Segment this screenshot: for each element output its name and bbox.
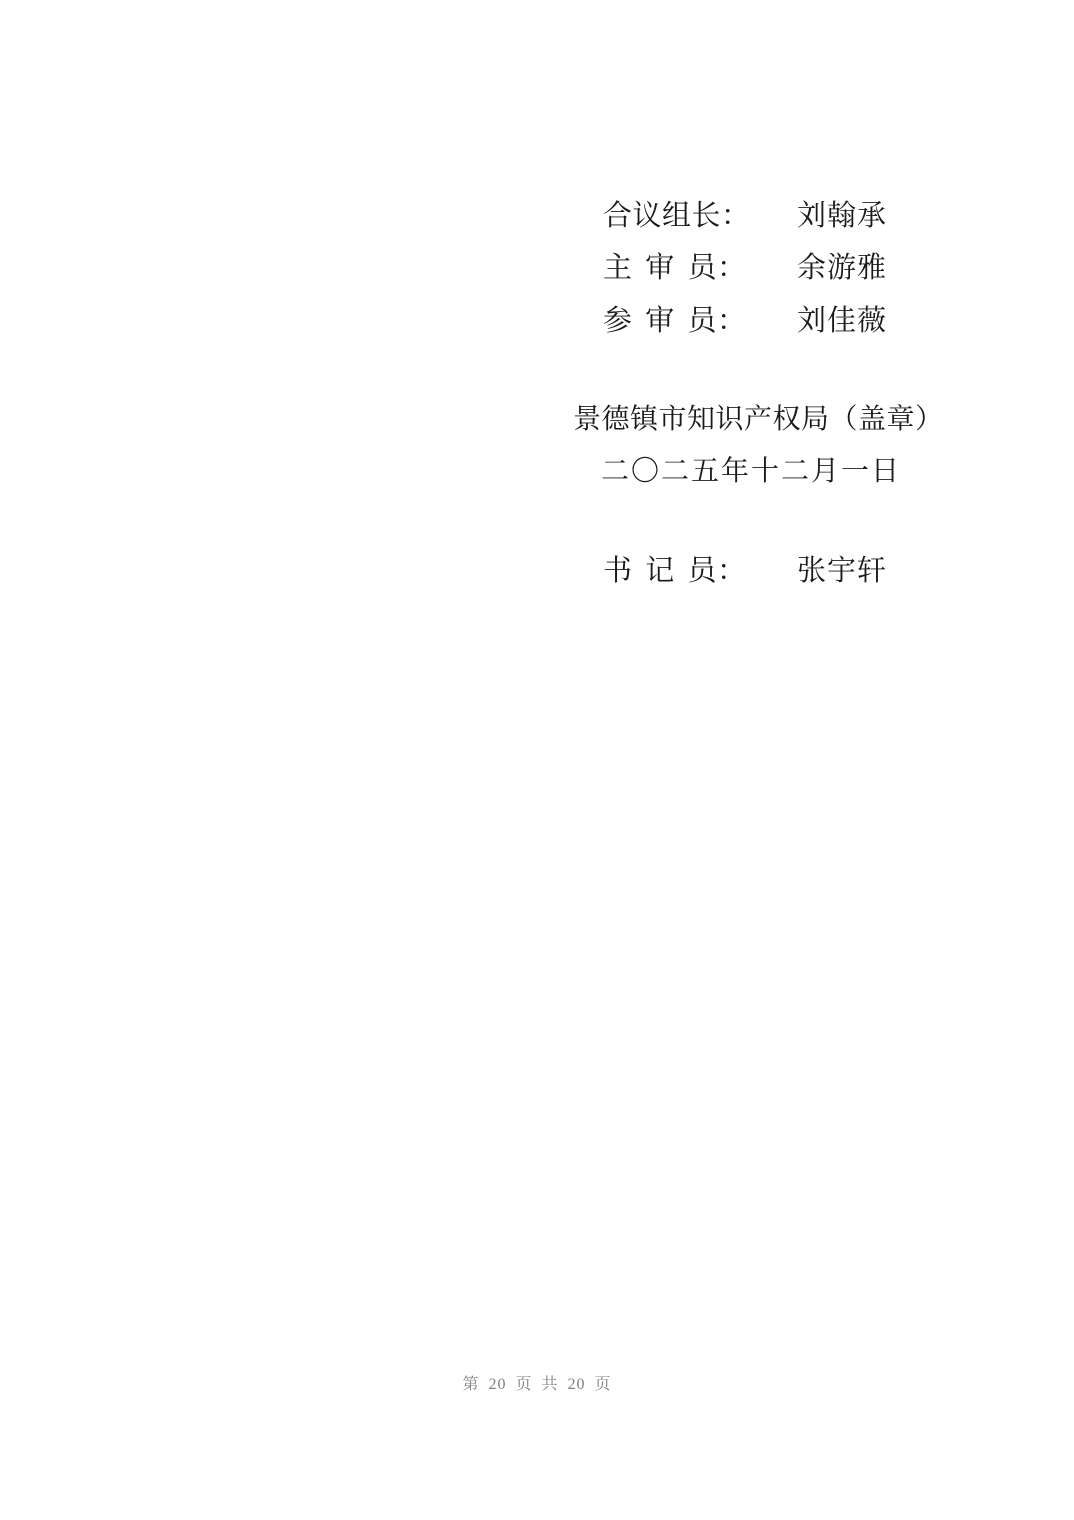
signature-role-label: 主 审 员： [603, 252, 747, 284]
signature-role-label: 书 记 员： [603, 555, 747, 587]
signature-row-panel-head: 合议组长： 刘翰承 [0, 200, 1074, 240]
page-number-footer: 第 20 页 共 20 页 [0, 1375, 1074, 1395]
decision-date-line: 二〇二五年十二月一日 [601, 456, 901, 488]
signature-name: 刘翰承 [797, 200, 887, 232]
signature-name: 张宇轩 [797, 555, 887, 587]
signature-name: 余游雅 [797, 252, 887, 284]
issuing-authority-line: 景德镇市知识产权局（盖章） [573, 404, 944, 436]
signature-role-label: 参 审 员： [603, 305, 747, 337]
signature-row-clerk: 书 记 员： 张宇轩 [0, 555, 1074, 595]
signature-row-associate-examiner: 参 审 员： 刘佳薇 [0, 305, 1074, 345]
signature-role-label: 合议组长： [603, 200, 751, 232]
document-page: 合议组长： 刘翰承 主 审 员： 余游雅 参 审 员： 刘佳薇 景德镇市知识产权… [0, 0, 1074, 1520]
signature-row-chief-examiner: 主 审 员： 余游雅 [0, 252, 1074, 292]
signature-name: 刘佳薇 [797, 305, 887, 337]
